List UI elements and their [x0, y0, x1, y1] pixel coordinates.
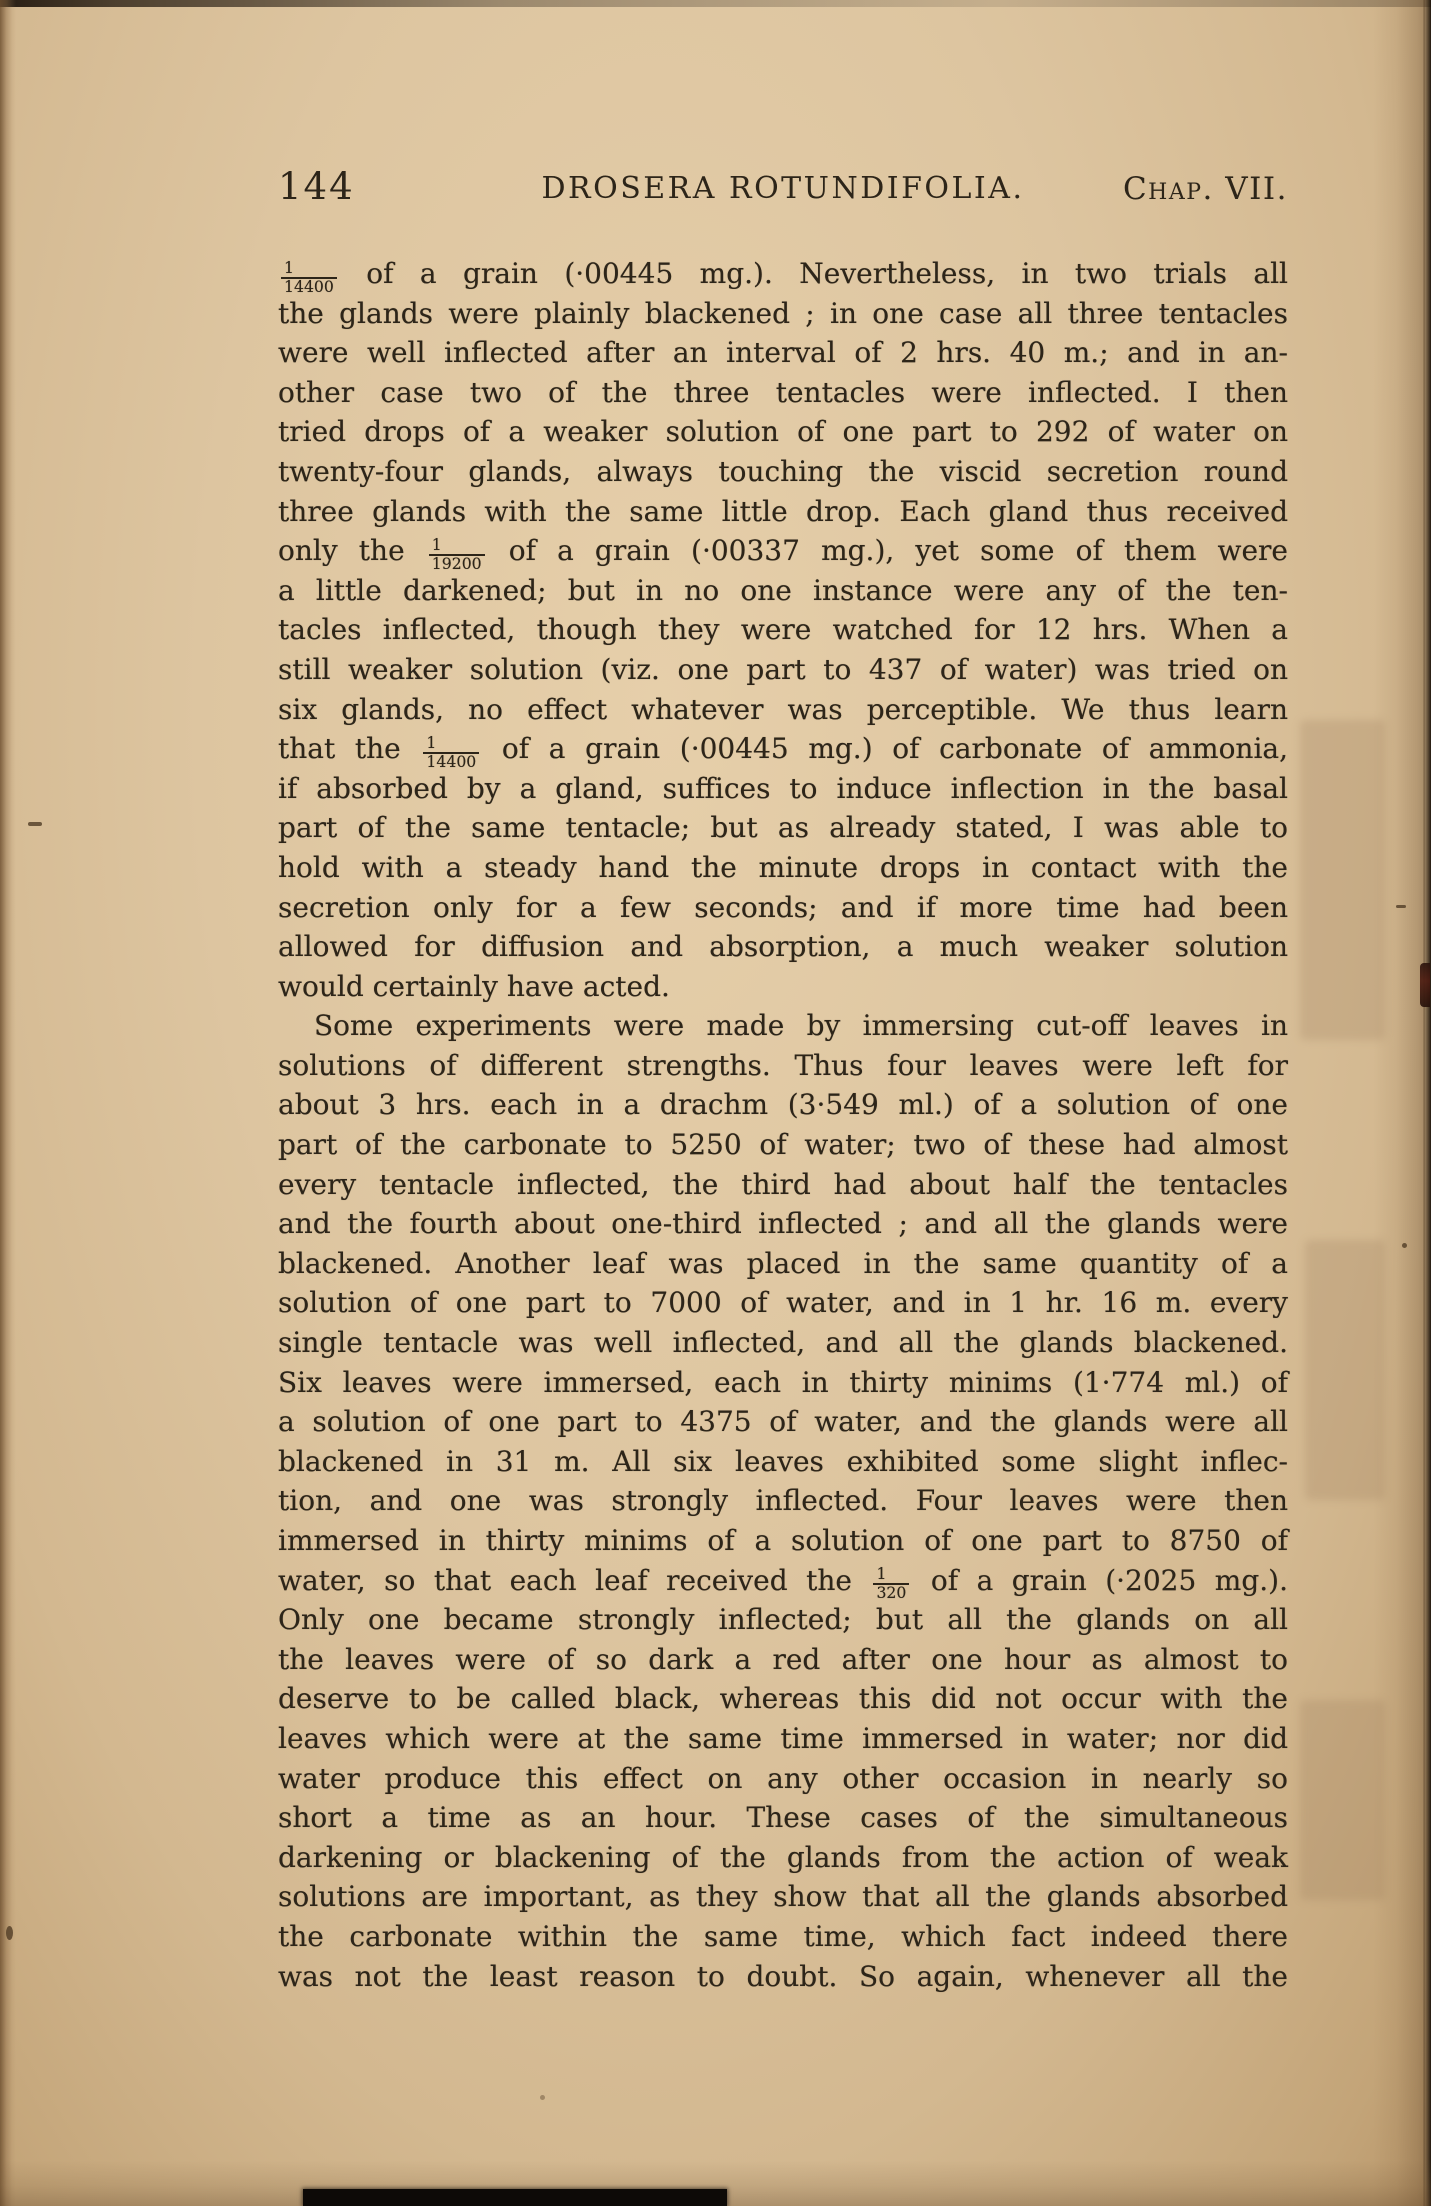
text-line: and the fourth about one-third inflected…: [278, 1204, 1288, 1244]
text-line: tion, and one was strongly inflected. Fo…: [278, 1481, 1288, 1521]
text-line: Only one became strongly inflected; but …: [278, 1600, 1288, 1640]
text-line: water, so that each leaf received the 13…: [278, 1561, 1288, 1601]
showthrough-smudge: [1300, 720, 1385, 1040]
text-line: leaves which were at the same time immer…: [278, 1719, 1288, 1759]
text-line: immersed in thirty minims of a solution …: [278, 1521, 1288, 1561]
text-line: twenty-four glands, always touching the …: [278, 452, 1288, 492]
text-line: three glands with the same little drop. …: [278, 492, 1288, 532]
text-line: would certainly have acted.: [278, 967, 1288, 1007]
page-header: 144 DROSERA ROTUNDIFOLIA. Chap. VII.: [278, 167, 1288, 207]
text-line: every tentacle inflected, the third had …: [278, 1165, 1288, 1205]
text-line: only the 119200 of a grain (·00337 mg.),…: [278, 531, 1288, 571]
text-line: if absorbed by a gland, suffices to indu…: [278, 769, 1288, 809]
ink-blot-right-edge: [1420, 963, 1430, 1007]
text-line: single tentacle was well inflected, and …: [278, 1323, 1288, 1363]
paper-speck: [1396, 905, 1406, 908]
fraction: 1320: [873, 1566, 909, 1602]
text-line: water produce this effect on any other o…: [278, 1759, 1288, 1799]
paper-speck: [1402, 1243, 1407, 1248]
text-line: was not the least reason to doubt. So ag…: [278, 1957, 1288, 1997]
text-line: part of the same tentacle; but as alread…: [278, 808, 1288, 848]
showthrough-smudge: [1305, 1240, 1385, 1500]
text-line: Some experiments were made by immersing …: [278, 1006, 1288, 1046]
text-line: darkening or blackening of the glands fr…: [278, 1838, 1288, 1878]
text-line: part of the carbonate to 5250 of water; …: [278, 1125, 1288, 1165]
scanned-book-page: 144 DROSERA ROTUNDIFOLIA. Chap. VII. 114…: [0, 0, 1431, 2206]
paper-speck: [6, 1926, 13, 1940]
text-line: hold with a steady hand the minute drops…: [278, 848, 1288, 888]
text-line: that the 114400 of a grain (·00445 mg.) …: [278, 729, 1288, 769]
text-line: still weaker solution (viz. one part to …: [278, 650, 1288, 690]
text-line: blackened in 31 m. All six leaves exhibi…: [278, 1442, 1288, 1482]
scan-top-edge: [0, 0, 1431, 7]
text-line: tried drops of a weaker solution of one …: [278, 412, 1288, 452]
text-line: the glands were plainly blackened ; in o…: [278, 294, 1288, 334]
text-line: allowed for diffusion and absorption, a …: [278, 927, 1288, 967]
text-line: other case two of the three tentacles we…: [278, 373, 1288, 413]
scan-bottom-black-bar: [303, 2189, 727, 2206]
text-line: solutions are important, as they show th…: [278, 1877, 1288, 1917]
text-line: deserve to be called black, whereas this…: [278, 1679, 1288, 1719]
text-line: Six leaves were immersed, each in thirty…: [278, 1363, 1288, 1403]
text-line: solution of one part to 7000 of water, a…: [278, 1283, 1288, 1323]
text-line: a little darkened; but in no one instanc…: [278, 571, 1288, 611]
text-line: blackened. Another leaf was placed in th…: [278, 1244, 1288, 1284]
fraction: 114400: [281, 260, 337, 296]
paper-speck: [28, 822, 42, 826]
scan-left-edge: [0, 0, 16, 2206]
text-line: the carbonate within the same time, whic…: [278, 1917, 1288, 1957]
text-line: 114400 of a grain (·00445 mg.). Neverthe…: [278, 254, 1288, 294]
text-line: about 3 hrs. each in a drachm (3·549 ml.…: [278, 1085, 1288, 1125]
text-line: solutions of different strengths. Thus f…: [278, 1046, 1288, 1086]
text-line: were well inflected after an interval of…: [278, 333, 1288, 373]
chapter-label: Chap. VII.: [1123, 172, 1288, 206]
showthrough-smudge: [1300, 1700, 1385, 1900]
text-line: a solution of one part to 4375 of water,…: [278, 1402, 1288, 1442]
text-line: six glands, no effect whatever was perce…: [278, 690, 1288, 730]
text-line: the leaves were of so dark a red after o…: [278, 1640, 1288, 1680]
text-line: short a time as an hour. These cases of …: [278, 1798, 1288, 1838]
paper-speck: [540, 2095, 545, 2100]
text-line: tacles inflected, though they were watch…: [278, 610, 1288, 650]
fraction: 119200: [429, 537, 485, 573]
page-text: 114400 of a grain (·00445 mg.). Neverthe…: [278, 254, 1288, 1996]
text-line: secretion only for a few seconds; and if…: [278, 888, 1288, 928]
fraction: 114400: [423, 735, 479, 771]
scan-right-edge: [1423, 0, 1431, 2206]
